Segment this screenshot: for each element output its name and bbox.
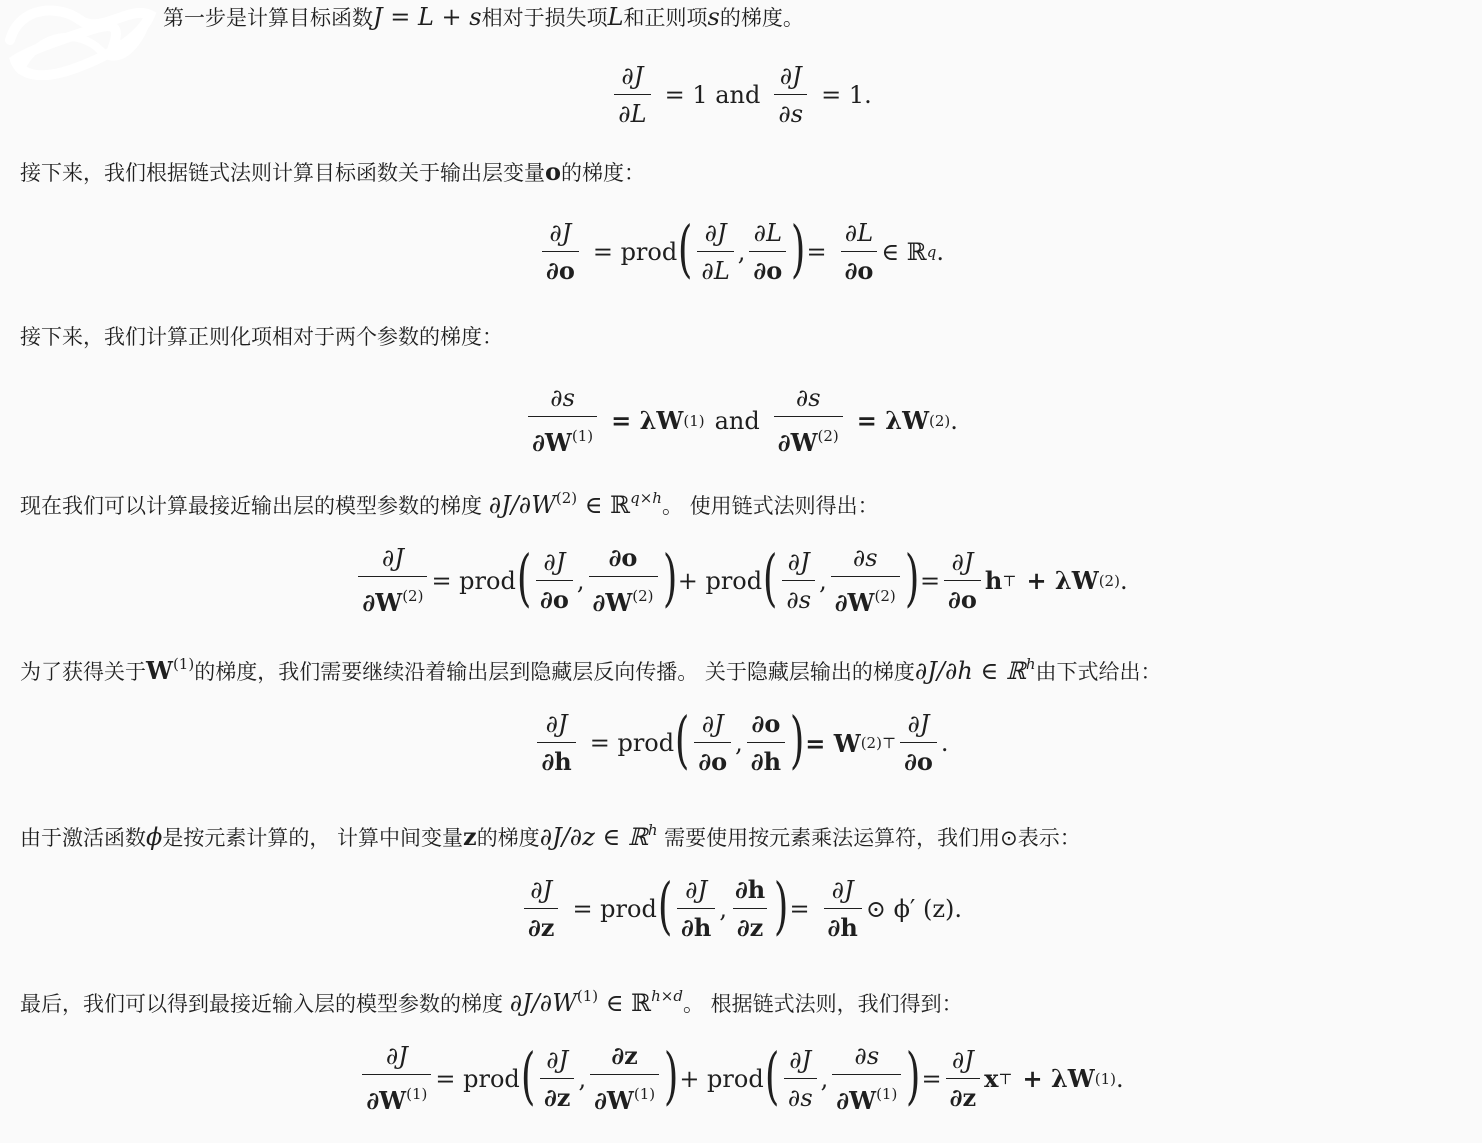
fraction: ∂J∂s bbox=[774, 60, 807, 130]
denominator: ∂L bbox=[697, 251, 733, 287]
fraction: ∂J∂h bbox=[824, 874, 862, 944]
left-paren: ( bbox=[763, 547, 778, 609]
text: 接下来，我们计算正则化项相对于两个参数的梯度： bbox=[20, 325, 503, 349]
denominator: ∂W(1) bbox=[362, 1074, 431, 1117]
text: 的梯度： bbox=[561, 161, 645, 185]
superscript: q bbox=[927, 243, 937, 261]
numerator: ∂J bbox=[776, 60, 806, 94]
paragraph-6: 由于激活函数ϕ是按元素计算的， 计算中间变量z的梯度∂J/∂z ∈ ℝh 需要使… bbox=[20, 815, 1081, 853]
fraction: ∂s∂W(1) bbox=[832, 1040, 901, 1117]
paragraph-1: 第一步是计算目标函数J = L + s相对于损失项L和正则项s的梯度。 bbox=[163, 2, 804, 33]
numerator: ∂J bbox=[542, 1044, 572, 1078]
right-paren: ) bbox=[790, 709, 805, 771]
math-text: + λW bbox=[1023, 1064, 1095, 1093]
math-inline: J = L + s bbox=[373, 3, 482, 31]
superscript: (1) bbox=[1095, 1070, 1116, 1088]
text: 。 根据链式法则，我们得到： bbox=[683, 992, 963, 1016]
fraction: ∂s∂W(2) bbox=[831, 542, 900, 619]
fraction: ∂L∂o bbox=[841, 217, 878, 287]
math-text: = W bbox=[805, 729, 860, 758]
text: 由于激活函数 bbox=[20, 826, 146, 850]
numerator: ∂s bbox=[792, 382, 825, 416]
superscript: q×h bbox=[630, 489, 662, 507]
numerator: ∂J bbox=[382, 1040, 412, 1074]
numerator: ∂J bbox=[785, 1044, 815, 1078]
math-text: ∂W bbox=[366, 1086, 406, 1115]
denominator: ∂o bbox=[694, 742, 731, 778]
text: 现在我们可以计算最接近输出层的模型参数的梯度 bbox=[20, 494, 489, 518]
numerator: ∂L bbox=[841, 217, 877, 251]
numerator: ∂o bbox=[748, 708, 785, 742]
math-text: = 1. bbox=[821, 81, 872, 109]
numerator: ∂J bbox=[681, 874, 711, 908]
fraction: ∂L∂o bbox=[749, 217, 786, 287]
superscript: (1) bbox=[406, 1085, 427, 1103]
superscript: (2)⊤ bbox=[861, 734, 896, 752]
right-paren: ) bbox=[791, 218, 806, 280]
right-paren: ) bbox=[664, 1045, 679, 1107]
fraction: ∂J∂h bbox=[537, 708, 575, 778]
right-paren: ) bbox=[774, 875, 789, 937]
equation-6: ∂J∂z = prod ( ∂J∂h, ∂h∂z ) = ∂J∂h ⊙ ϕ′ (… bbox=[0, 874, 1482, 944]
math-text: ∂W bbox=[836, 1086, 876, 1115]
numerator: ∂J bbox=[701, 217, 731, 251]
text: 最后，我们可以得到最接近输入层的模型参数的梯度 bbox=[20, 992, 510, 1016]
superscript: (2) bbox=[556, 489, 577, 507]
math-inline: o bbox=[545, 157, 561, 186]
math-text: = prod bbox=[593, 238, 677, 266]
denominator: ∂s bbox=[782, 580, 815, 616]
numerator: ∂J bbox=[526, 874, 556, 908]
math-text: x bbox=[984, 1064, 998, 1093]
math-text: = prod bbox=[572, 895, 656, 923]
math-inline: z bbox=[463, 822, 477, 851]
denominator: ∂o bbox=[900, 742, 937, 778]
numerator: ∂h bbox=[731, 874, 769, 908]
left-paren: ( bbox=[675, 709, 690, 771]
math-text: = prod bbox=[435, 1065, 519, 1093]
denominator: ∂z bbox=[540, 1078, 574, 1114]
numerator: ∂J bbox=[378, 542, 408, 576]
denominator: ∂W(2) bbox=[589, 576, 658, 619]
numerator: ∂L bbox=[750, 217, 786, 251]
math-text: ∂W bbox=[835, 588, 875, 617]
math-text: = bbox=[789, 895, 809, 923]
denominator: ∂z bbox=[524, 908, 558, 944]
denominator: ∂W(1) bbox=[832, 1074, 901, 1117]
paragraph-4: 现在我们可以计算最接近输出层的模型参数的梯度 ∂J/∂W(2) ∈ ℝq×h。 … bbox=[20, 483, 879, 521]
superscript: ⊤ bbox=[1002, 572, 1016, 590]
text: 的梯度 bbox=[477, 826, 540, 850]
denominator: ∂o bbox=[542, 251, 579, 287]
equation-4: ∂J∂W(2) = prod ( ∂J∂o, ∂o∂W(2) ) + prod … bbox=[0, 542, 1482, 619]
math-inline: W bbox=[146, 656, 173, 685]
text: 的梯度。 bbox=[720, 6, 804, 30]
denominator: ∂s bbox=[774, 94, 807, 130]
denominator: ∂z bbox=[946, 1078, 980, 1114]
numerator: ∂o bbox=[605, 542, 642, 576]
math-text: = prod bbox=[431, 567, 515, 595]
denominator: ∂L bbox=[614, 94, 650, 130]
math-inline: ∈ ℝ bbox=[577, 491, 630, 519]
left-paren: ( bbox=[678, 218, 693, 280]
text: 和正则项 bbox=[624, 6, 708, 30]
superscript: h bbox=[648, 821, 658, 839]
numerator: ∂J bbox=[542, 708, 572, 742]
fraction: ∂J∂W(2) bbox=[358, 542, 427, 619]
denominator: ∂W(2) bbox=[831, 576, 900, 619]
paragraph-2: 接下来，我们根据链式法则计算目标函数关于输出层变量o的梯度： bbox=[20, 157, 645, 188]
denominator: ∂h bbox=[677, 908, 715, 944]
left-paren: ( bbox=[521, 1045, 536, 1107]
fraction: ∂J∂L bbox=[614, 60, 650, 130]
math-inline: ∂J/∂z ∈ ℝ bbox=[540, 823, 648, 851]
superscript: (1) bbox=[173, 655, 194, 673]
denominator: ∂o bbox=[536, 580, 573, 616]
superscript: (2) bbox=[402, 587, 423, 605]
math-inline: ∂J/∂W bbox=[489, 491, 556, 519]
math-inline: L bbox=[608, 3, 624, 31]
fraction: ∂J∂z bbox=[524, 874, 558, 944]
left-paren: ( bbox=[517, 547, 532, 609]
superscript: (2) bbox=[818, 427, 839, 445]
denominator: ∂s bbox=[784, 1078, 817, 1114]
numerator: ∂J bbox=[545, 217, 575, 251]
numerator: ∂s bbox=[546, 382, 579, 416]
text: 相对于损失项 bbox=[482, 6, 608, 30]
fraction: ∂z∂W(1) bbox=[590, 1040, 659, 1117]
math-text: h bbox=[985, 566, 1002, 595]
denominator: ∂z bbox=[733, 908, 767, 944]
fraction: ∂J∂h bbox=[677, 874, 715, 944]
math-text: = prod bbox=[590, 729, 674, 757]
numerator: ∂s bbox=[849, 542, 882, 576]
numerator: ∂J bbox=[948, 1044, 978, 1078]
numerator: ∂J bbox=[617, 60, 647, 94]
superscript: (1) bbox=[577, 987, 598, 1005]
fraction: ∂J∂o bbox=[542, 217, 579, 287]
superscript: (1) bbox=[683, 412, 704, 430]
denominator: ∂h bbox=[537, 742, 575, 778]
fraction: ∂J∂L bbox=[697, 217, 733, 287]
equation-3: ∂s∂W(1) = λW(1) and ∂s∂W(2) = λW(2). bbox=[0, 382, 1482, 459]
superscript: (1) bbox=[634, 1085, 655, 1103]
math-text: ∂W bbox=[778, 428, 818, 457]
fraction: ∂J∂s bbox=[784, 1044, 817, 1114]
numerator: ∂J bbox=[539, 546, 569, 580]
math-text: ∂W bbox=[362, 588, 402, 617]
math-text: ⊙ ϕ′ (z). bbox=[866, 895, 962, 923]
left-paren: ( bbox=[658, 875, 673, 937]
equation-5: ∂J∂h = prod ( ∂J∂o, ∂o∂h ) = W(2)⊤ ∂J∂o. bbox=[0, 708, 1482, 778]
math-text: + prod bbox=[678, 567, 762, 595]
math-text: = bbox=[920, 567, 940, 595]
equation-2: ∂J∂o = prod ( ∂J∂L, ∂L∂o ) = ∂L∂o ∈ ℝq. bbox=[0, 217, 1482, 287]
superscript: (2) bbox=[1099, 572, 1120, 590]
superscript: (2) bbox=[632, 587, 653, 605]
paragraph-5: 为了获得关于W(1)的梯度，我们需要继续沿着输出层到隐藏层反向传播。 关于隐藏层… bbox=[20, 649, 1162, 687]
left-paren: ( bbox=[765, 1045, 780, 1107]
fraction: ∂J∂o bbox=[900, 708, 937, 778]
superscript: h×d bbox=[651, 987, 683, 1005]
numerator: ∂J bbox=[828, 874, 858, 908]
text: 第一步是计算目标函数 bbox=[163, 6, 373, 30]
numerator: ∂J bbox=[698, 708, 728, 742]
text: 为了获得关于 bbox=[20, 660, 146, 684]
denominator: ∂o bbox=[841, 251, 878, 287]
denominator: ∂o bbox=[749, 251, 786, 287]
math-text: ∈ ℝ bbox=[881, 238, 926, 266]
numerator: ∂J bbox=[784, 546, 814, 580]
superscript: (2) bbox=[874, 587, 895, 605]
fraction: ∂h∂z bbox=[731, 874, 769, 944]
math-text: . bbox=[1116, 1065, 1124, 1093]
fraction: ∂J∂W(1) bbox=[362, 1040, 431, 1117]
math-text: ∂W bbox=[593, 588, 633, 617]
text: 的梯度，我们需要继续沿着输出层到隐藏层反向传播。 关于隐藏层输出的梯度 bbox=[194, 660, 915, 684]
math-text: + prod bbox=[679, 1065, 763, 1093]
math-inline: ∈ ℝ bbox=[598, 989, 651, 1017]
numerator: ∂s bbox=[850, 1040, 883, 1074]
fraction: ∂J∂o bbox=[536, 546, 573, 616]
denominator: ∂W(2) bbox=[358, 576, 427, 619]
numerator: ∂z bbox=[607, 1040, 641, 1074]
math-text: . bbox=[941, 729, 949, 757]
denominator: ∂W(2) bbox=[774, 416, 843, 459]
fraction: ∂J∂z bbox=[540, 1044, 574, 1114]
math-text: = λW bbox=[611, 406, 683, 435]
math-text: . bbox=[936, 238, 944, 266]
numerator: ∂J bbox=[903, 708, 933, 742]
denominator: ∂W(1) bbox=[528, 416, 597, 459]
math-text: = 1 and bbox=[665, 81, 761, 109]
fraction: ∂o∂h bbox=[747, 708, 785, 778]
paragraph-3: 接下来，我们计算正则化项相对于两个参数的梯度： bbox=[20, 322, 503, 352]
right-paren: ) bbox=[905, 547, 920, 609]
math-text: ∂W bbox=[532, 428, 572, 457]
math-inline: ∂J/∂W bbox=[510, 989, 577, 1017]
math-inline: s bbox=[708, 3, 720, 31]
math-inline: ∂J/∂h ∈ ℝ bbox=[915, 657, 1026, 685]
equation-7: ∂J∂W(1) = prod ( ∂J∂z, ∂z∂W(1) ) + prod … bbox=[0, 1040, 1482, 1117]
denominator: ∂h bbox=[824, 908, 862, 944]
math-inline: ϕ bbox=[146, 823, 162, 851]
numerator: ∂J bbox=[947, 546, 977, 580]
fraction: ∂J∂o bbox=[944, 546, 981, 616]
math-text: = bbox=[922, 1065, 942, 1093]
denominator: ∂W(1) bbox=[590, 1074, 659, 1117]
math-text: . bbox=[950, 407, 958, 435]
math-text: = bbox=[806, 238, 826, 266]
text: 由下式给出： bbox=[1036, 660, 1162, 684]
fraction: ∂J∂o bbox=[694, 708, 731, 778]
denominator: ∂h bbox=[747, 742, 785, 778]
superscript: ⊤ bbox=[998, 1070, 1012, 1088]
math-text: and bbox=[715, 407, 760, 435]
paragraph-7: 最后，我们可以得到最接近输入层的模型参数的梯度 ∂J/∂W(1) ∈ ℝh×d。… bbox=[20, 981, 963, 1019]
denominator: ∂o bbox=[944, 580, 981, 616]
math-text: = λW bbox=[857, 406, 929, 435]
text: 需要使用按元素乘法运算符，我们用⊙表示： bbox=[658, 826, 1081, 850]
fraction: ∂J∂z bbox=[946, 1044, 980, 1114]
superscript: h bbox=[1026, 655, 1036, 673]
fraction: ∂o∂W(2) bbox=[589, 542, 658, 619]
fraction: ∂J∂s bbox=[782, 546, 815, 616]
text: 。 使用链式法则得出： bbox=[662, 494, 879, 518]
right-paren: ) bbox=[662, 547, 677, 609]
fraction: ∂s∂W(2) bbox=[774, 382, 843, 459]
right-paren: ) bbox=[906, 1045, 921, 1107]
superscript: (1) bbox=[572, 427, 593, 445]
text: 接下来，我们根据链式法则计算目标函数关于输出层变量 bbox=[20, 161, 545, 185]
math-text: ∂W bbox=[594, 1086, 634, 1115]
text: 是按元素计算的， 计算中间变量 bbox=[162, 826, 463, 850]
superscript: (1) bbox=[876, 1085, 897, 1103]
equation-1: ∂J∂L = 1 and ∂J∂s = 1. bbox=[0, 60, 1482, 130]
fraction: ∂s∂W(1) bbox=[528, 382, 597, 459]
math-text: . bbox=[1120, 567, 1128, 595]
superscript: (2) bbox=[929, 412, 950, 430]
math-text: + λW bbox=[1026, 566, 1098, 595]
